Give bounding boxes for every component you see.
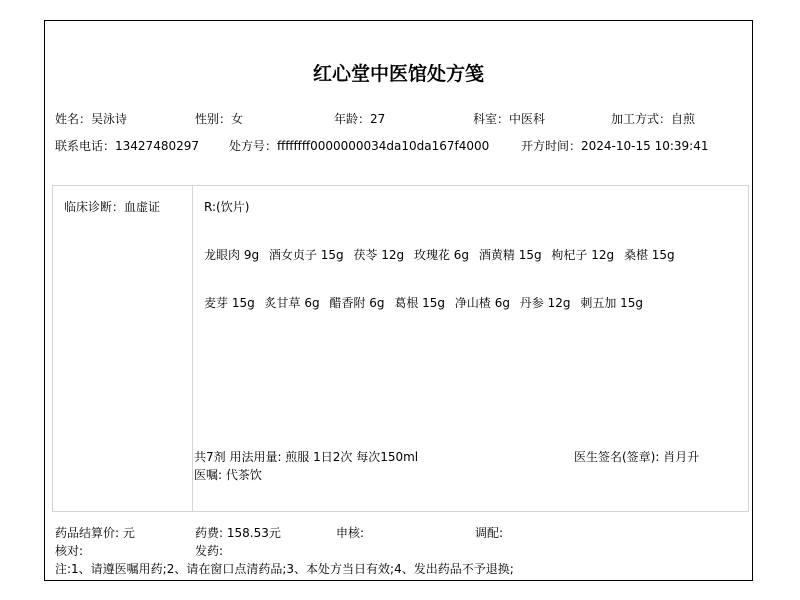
dispense-field: 调配: <box>475 524 503 541</box>
prescription-number: 处方号：ffffffff0000000034da10da167f4000 <box>229 137 489 154</box>
herb-item: 枸杞子 12g <box>551 246 614 263</box>
usage-dosage: 共7剂 用法用量: 煎服 1日2次 每次150ml <box>194 448 418 466</box>
issue-field: 发药: <box>195 542 223 559</box>
process-method: 加工方式：自煎 <box>611 110 695 127</box>
herb-row: 龙眼肉 9g 酒女贞子 15g 茯苓 12g 玫瑰花 6g 酒黄精 15g 枸杞… <box>204 246 681 263</box>
patient-dept: 科室：中医科 <box>473 110 545 127</box>
usage-block: 共7剂 用法用量: 煎服 1日2次 每次150ml 医嘱: 代茶饮 <box>194 448 418 484</box>
drug-fee: 药费: 158.53元 <box>195 524 281 541</box>
patient-phone-value: 13427480297 <box>115 139 199 153</box>
herb-item: 醋香附 6g <box>329 294 384 311</box>
footer-note: 注:1、请遵医嘱用药;2、请在窗口点清药品;3、本处方当日有效;4、发出药品不予… <box>55 560 514 577</box>
herb-item: 酒黄精 15g <box>479 246 542 263</box>
patient-dept-label: 科室： <box>473 112 509 126</box>
herb-item: 炙甘草 6g <box>265 294 320 311</box>
diagnosis-label: 临床诊断： <box>64 200 124 214</box>
herb-item: 龙眼肉 9g <box>204 246 259 263</box>
prescription-form: 红心堂中医馆处方笺 姓名：吴泳诗 性别：女 年龄：27 科室：中医科 加工方式：… <box>44 20 753 581</box>
herb-item: 玫瑰花 6g <box>414 246 469 263</box>
herb-row: 麦芽 15g 炙甘草 6g 醋香附 6g 葛根 15g 净山楂 6g 丹参 12… <box>204 294 649 311</box>
doctor-advice: 医嘱: 代茶饮 <box>194 466 418 484</box>
process-method-value: 自煎 <box>671 112 695 126</box>
clinical-diagnosis: 临床诊断：血虚证 <box>64 198 160 215</box>
patient-phone: 联系电话：13427480297 <box>55 137 199 154</box>
patient-phone-label: 联系电话： <box>55 139 115 153</box>
review-field: 申核: <box>336 524 364 541</box>
herb-item: 酒女贞子 15g <box>269 246 344 263</box>
patient-gender-label: 性别： <box>195 112 231 126</box>
prescription-number-value: ffffffff0000000034da10da167f4000 <box>277 139 489 153</box>
herb-item: 麦芽 15g <box>204 294 255 311</box>
patient-dept-value: 中医科 <box>509 112 545 126</box>
prescription-time: 开方时间：2024-10-15 10:39:41 <box>521 137 708 154</box>
doctor-name: 肖月升 <box>663 450 699 464</box>
check-field: 核对: <box>55 542 83 559</box>
doctor-signature: 医生签名(签章): 肖月升 <box>574 448 704 466</box>
herb-item: 桑椹 15g <box>624 246 675 263</box>
prescription-number-label: 处方号： <box>229 139 277 153</box>
page-title: 红心堂中医馆处方笺 <box>45 59 752 86</box>
herb-item: 刺五加 15g <box>580 294 643 311</box>
patient-gender: 性别：女 <box>195 110 243 127</box>
herb-item: 茯苓 12g <box>353 246 404 263</box>
patient-name-value: 吴泳诗 <box>91 112 127 126</box>
prescription-time-value: 2024-10-15 10:39:41 <box>581 139 708 153</box>
patient-age: 年龄：27 <box>334 110 385 127</box>
herb-item: 丹参 12g <box>520 294 571 311</box>
patient-name: 姓名：吴泳诗 <box>55 110 127 127</box>
prescription-box: 临床诊断：血虚证 R:(饮片) 龙眼肉 9g 酒女贞子 15g 茯苓 12g 玫… <box>52 185 749 512</box>
herb-item: 净山楂 6g <box>455 294 510 311</box>
patient-age-value: 27 <box>370 112 385 126</box>
patient-gender-value: 女 <box>231 112 243 126</box>
patient-name-label: 姓名： <box>55 112 91 126</box>
process-method-label: 加工方式： <box>611 112 671 126</box>
prescription-time-label: 开方时间： <box>521 139 581 153</box>
doctor-signature-label: 医生签名(签章): <box>574 450 659 464</box>
rx-header: R:(饮片) <box>204 198 249 215</box>
column-divider <box>192 186 193 511</box>
diagnosis-value: 血虚证 <box>124 200 160 214</box>
settle-price: 药品结算价: 元 <box>55 524 135 541</box>
patient-age-label: 年龄： <box>334 112 370 126</box>
herb-item: 葛根 15g <box>394 294 445 311</box>
